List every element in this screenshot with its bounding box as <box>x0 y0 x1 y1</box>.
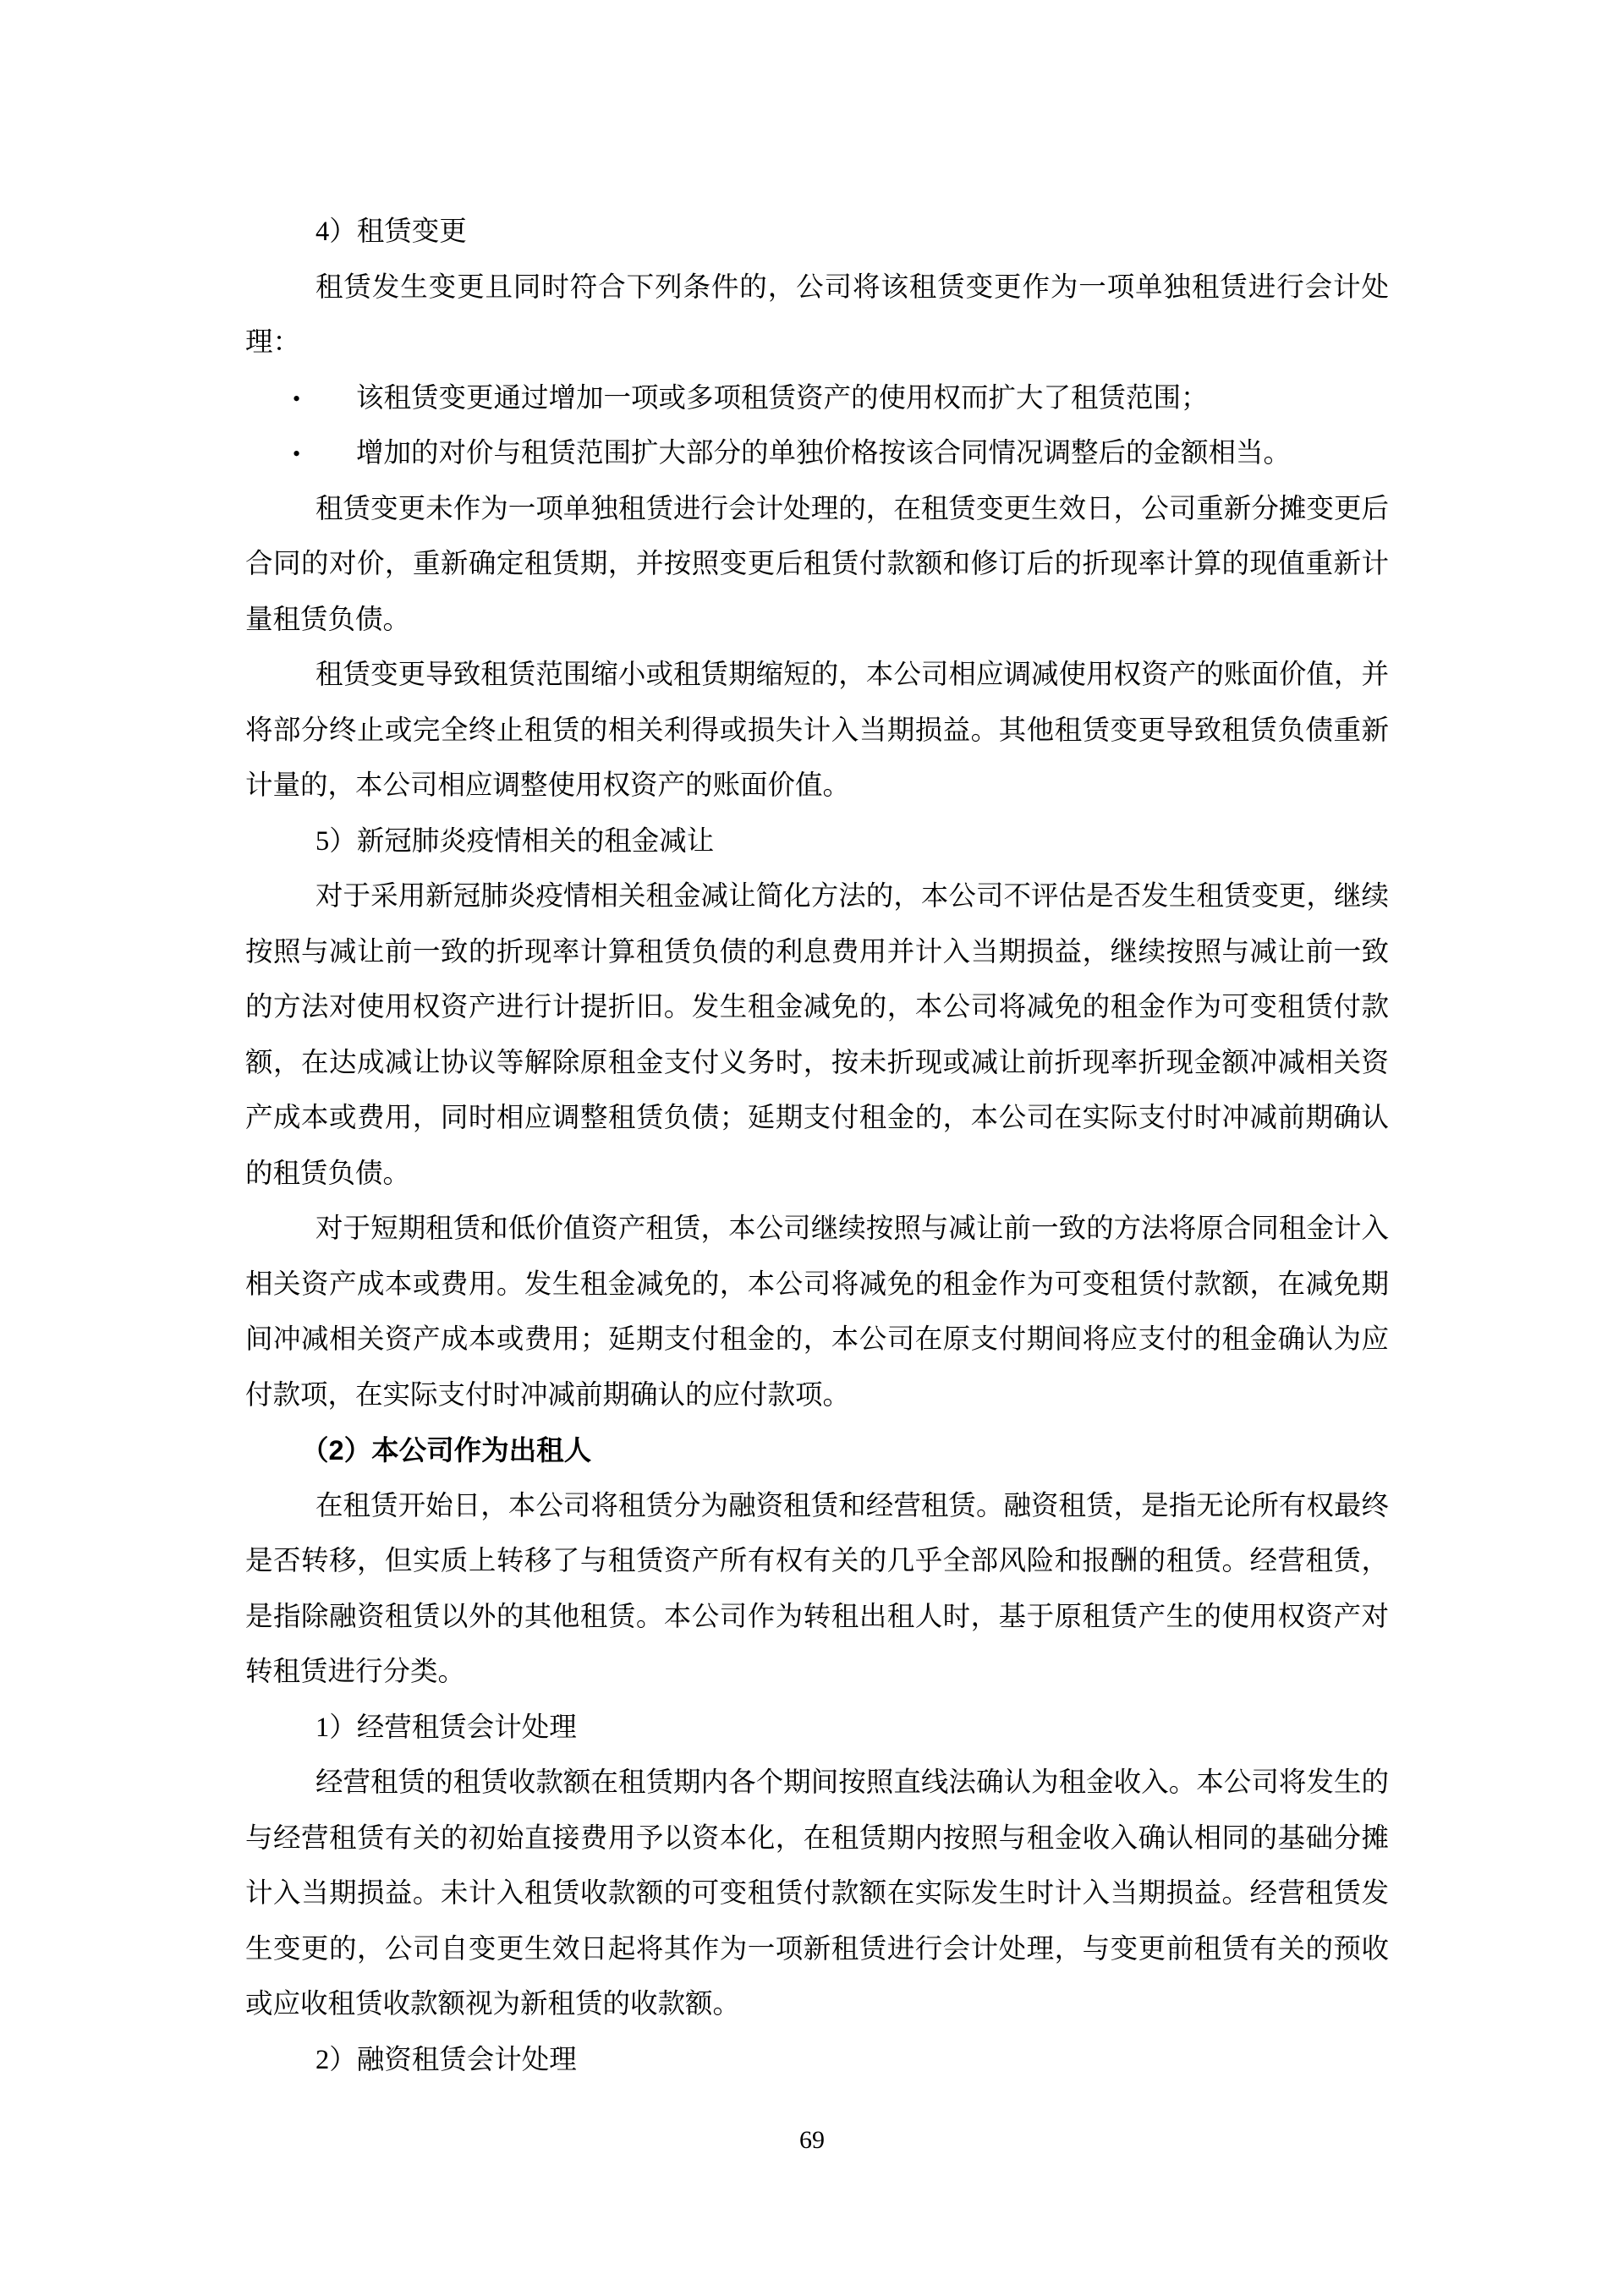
heading-lease-modification: 4）租赁变更 <box>245 205 1389 260</box>
bullet-text: 该租赁变更通过增加一项或多项租赁资产的使用权而扩大了租赁范围； <box>356 383 1209 414</box>
heading-covid-rent-concession: 5）新冠肺炎疫情相关的租金减让 <box>245 814 1389 870</box>
document-body: 4）租赁变更 租赁发生变更且同时符合下列条件的，公司将该租赁变更作为一项单独租赁… <box>245 205 1389 2088</box>
paragraph-remeasure-lease-liability: 租赁变更未作为一项单独租赁进行会计处理的，在租赁变更生效日，公司重新分摊变更后合… <box>245 482 1389 649</box>
paragraph-scope-reduction: 租赁变更导致租赁范围缩小或租赁期缩短的，本公司相应调减使用权资产的账面价值，并将… <box>245 648 1389 814</box>
paragraph-covid-simplified-method: 对于采用新冠肺炎疫情相关租金减让简化方法的，本公司不评估是否发生租赁变更，继续按… <box>245 869 1389 1202</box>
bullet-icon: • <box>293 426 300 482</box>
paragraph-operating-lease-treatment: 经营租赁的租赁收款额在租赁期内各个期间按照直线法确认为租金收入。本公司将发生的与… <box>245 1756 1389 2033</box>
paragraph-lease-classification: 在租赁开始日，本公司将租赁分为融资租赁和经营租赁。融资租赁，是指无论所有权最终是… <box>245 1479 1389 1701</box>
heading-finance-lease-accounting: 2）融资租赁会计处理 <box>245 2033 1389 2089</box>
heading-company-as-lessor: （2）本公司作为出租人 <box>245 1423 1389 1479</box>
page-number: 69 <box>0 2125 1624 2156</box>
bullet-icon: • <box>293 371 300 427</box>
heading-operating-lease-accounting: 1）经营租赁会计处理 <box>245 1701 1389 1756</box>
paragraph-short-term-low-value: 对于短期租赁和低价值资产租赁，本公司继续按照与减让前一致的方法将原合同租金计入相… <box>245 1202 1389 1423</box>
bullet-text: 增加的对价与租赁范围扩大部分的单独价格按该合同情况调整后的金额相当。 <box>356 438 1291 469</box>
bullet-item-consideration-adjustment: • 增加的对价与租赁范围扩大部分的单独价格按该合同情况调整后的金额相当。 <box>245 426 1389 482</box>
paragraph-lease-modification-conditions: 租赁发生变更且同时符合下列条件的，公司将该租赁变更作为一项单独租赁进行会计处理： <box>245 260 1389 371</box>
document-page: 4）租赁变更 租赁发生变更且同时符合下列条件的，公司将该租赁变更作为一项单独租赁… <box>0 0 1624 2296</box>
bullet-item-scope-expansion: • 该租赁变更通过增加一项或多项租赁资产的使用权而扩大了租赁范围； <box>245 371 1389 427</box>
